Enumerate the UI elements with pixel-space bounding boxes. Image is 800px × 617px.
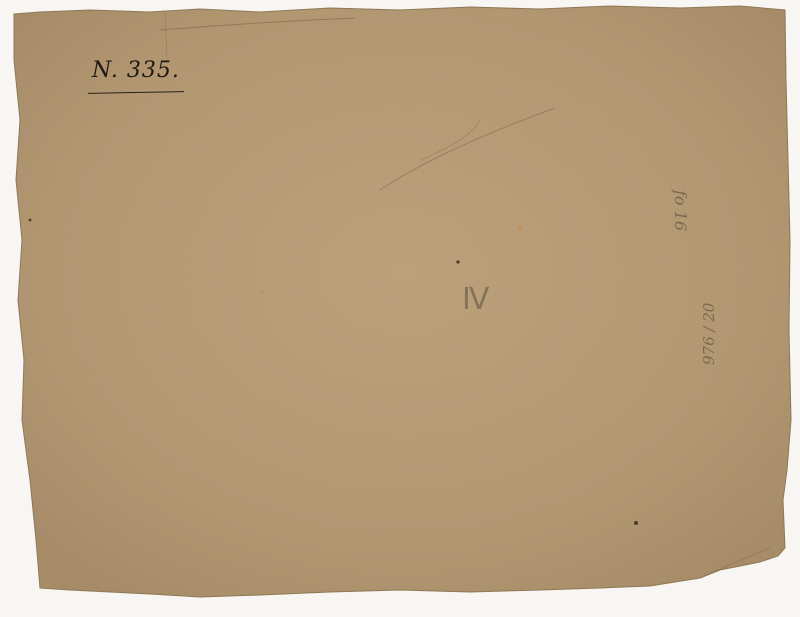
document-sheet: N. 335. fo 16 976 / 20 IV [0,0,800,617]
margin-folio-note: fo 16 [671,190,690,231]
catalog-number: N. 335. [92,58,180,83]
margin-shelfmark: 976 / 20 [700,303,718,365]
pencil-mark: IV [462,282,487,317]
